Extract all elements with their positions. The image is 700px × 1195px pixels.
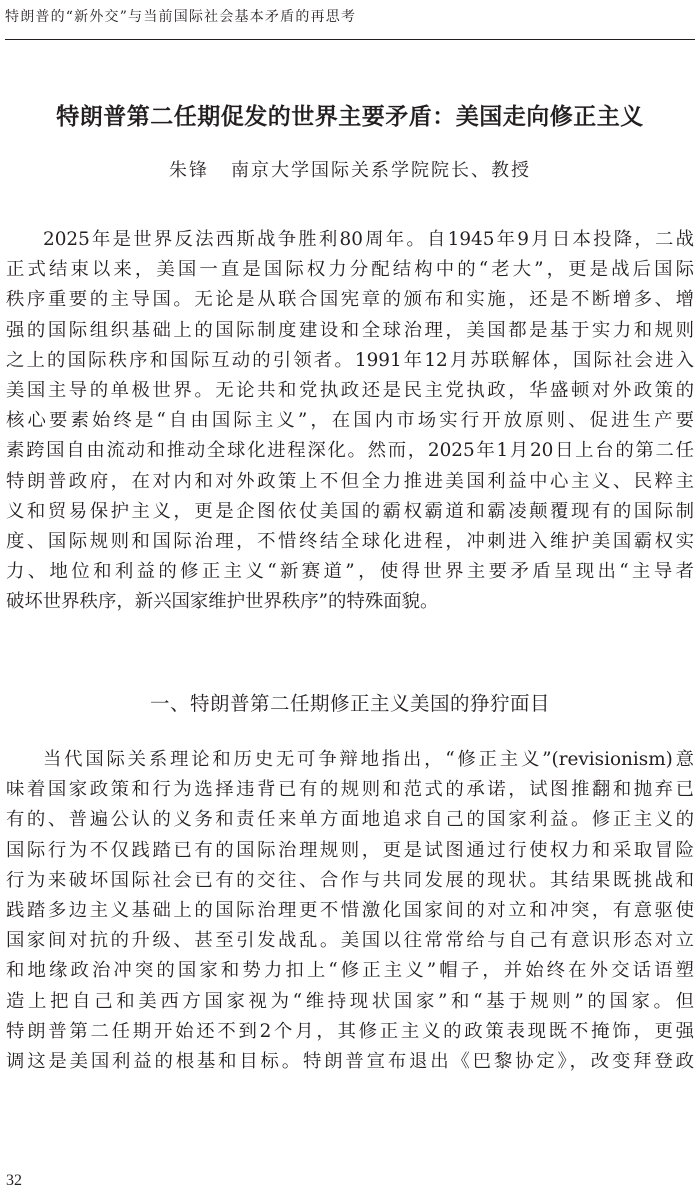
header-rule	[5, 39, 695, 40]
paragraph-line: 力、地位和利益的修正主义“新赛道”，使得世界主要矛盾呈现出“主导者	[6, 557, 694, 587]
paragraph-line: 之上的国际秩序和国际互动的引领者。1991年12月苏联解体，国际社会进入	[6, 346, 694, 376]
page-number: 32	[6, 1172, 22, 1190]
paragraph-line: 和地缘政治冲突的国家和势力扣上“修正主义”帽子，并始终在外交话语塑	[6, 956, 694, 986]
paragraph-line: 国家间对抗的升级、甚至引发战乱。美国以往常常给与自己有意识形态对立	[6, 926, 694, 956]
author-affiliation: 南京大学国际关系学院院长、教授	[231, 160, 531, 181]
paragraph-line: 美国主导的单极世界。无论共和党执政还是民主党执政，华盛顿对外政策的	[6, 376, 694, 406]
paragraph-line: 特朗普第二任期开始还不到2个月，其修正主义的政策表现既不掩饰，更强	[6, 1017, 694, 1047]
section-heading: 一、特朗普第二任期修正主义美国的狰狞面目	[0, 688, 700, 716]
paragraph-line: 2025年是世界反法西斯战争胜利80周年。自1945年9月日本投降，二战	[6, 225, 694, 255]
paragraph-line: 强的国际组织基础上的国际制度建设和全球治理，美国都是基于实力和规则	[6, 316, 694, 346]
paragraph-line: 当代国际关系理论和历史无可争辩地指出，“修正主义”(revisionism)意	[6, 745, 694, 775]
paragraph-line: 行为来破坏国际社会已有的交往、合作与共同发展的现状。其结果既挑战和	[6, 866, 694, 896]
paragraph-line: 破坏世界秩序，新兴国家维护世界秩序”的特殊面貌。	[6, 587, 694, 617]
paragraph-line: 正式结束以来，美国一直是国际权力分配结构中的“老大”，更是战后国际	[6, 255, 694, 285]
paragraph-line: 造上把自己和美西方国家视为“维持现状国家”和“基于规则”的国家。但	[6, 987, 694, 1017]
paragraph-line: 有的、普遍公认的义务和责任来单方面地追求自己的国家利益。修正主义的	[6, 805, 694, 835]
paragraph-line: 味着国家政策和行为选择违背已有的规则和范式的承诺，试图推翻和抛弃已	[6, 775, 694, 805]
paragraph-line: 核心要素始终是“自由国际主义”，在国内市场实行开放原则、促进生产要	[6, 406, 694, 436]
paragraph-line: 特朗普政府，在对内和对外政策上不但全力推进美国利益中心主义、民粹主	[6, 467, 694, 497]
paragraph-line: 度、国际规则和国际治理，不惜终结全球化进程，冲刺进入维护美国霸权实	[6, 527, 694, 557]
paragraph-line: 义和贸易保护主义，更是企图依仗美国的霸权霸道和霸凌颠覆现有的国际制	[6, 497, 694, 527]
paragraph-line: 素跨国自由流动和推动全球化进程深化。然而，2025年1月20日上台的第二任	[6, 436, 694, 466]
body-paragraph-1: 2025年是世界反法西斯战争胜利80周年。自1945年9月日本投降，二战 正式结…	[6, 225, 694, 618]
author-name: 朱锋	[169, 160, 209, 181]
byline: 朱锋南京大学国际关系学院院长、教授	[0, 156, 700, 182]
paragraph-line: 秩序重要的主导国。无论是从联合国宪章的颁布和实施，还是不断增多、增	[6, 285, 694, 315]
body-paragraph-2: 当代国际关系理论和历史无可争辩地指出，“修正主义”(revisionism)意 …	[6, 745, 694, 1077]
article-title: 特朗普第二任期促发的世界主要矛盾：美国走向修正主义	[0, 98, 700, 131]
running-header: 特朗普的“新外交”与当前国际社会基本矛盾的再思考	[5, 6, 356, 26]
paragraph-line: 调这是美国利益的根基和目标。特朗普宣布退出《巴黎协定》，改变拜登政	[6, 1047, 694, 1077]
paragraph-line: 国际行为不仅践踏已有的国际治理规则，更是试图通过行使权力和采取冒险	[6, 836, 694, 866]
paragraph-line: 践踏多边主义基础上的国际治理更不惜激化国家间的对立和冲突，有意驱使	[6, 896, 694, 926]
